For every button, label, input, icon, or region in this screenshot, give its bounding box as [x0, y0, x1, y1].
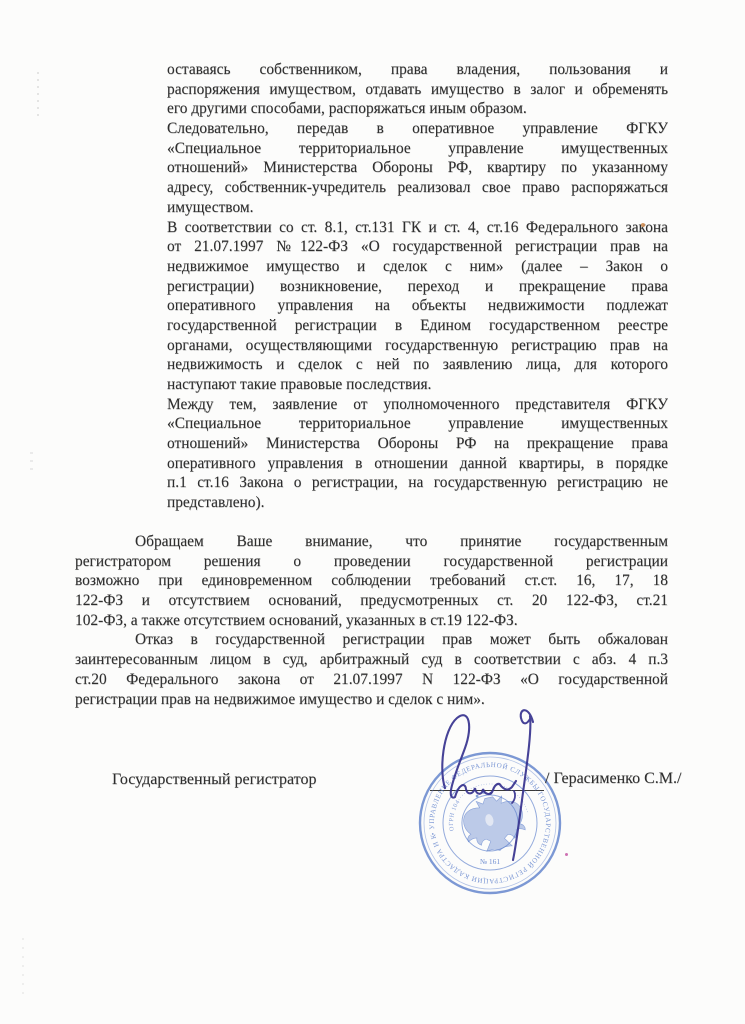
text-line: оставаясь собственником, права владения,…: [167, 60, 668, 80]
text-line: «Специальное территориальное управление …: [167, 139, 668, 159]
text-line: заинтересованным лицом в суд, арбитражны…: [75, 650, 668, 670]
text-line: недвижимость и сделок с ней по заявлению…: [167, 355, 668, 375]
text-line: регистратором решения о проведении госуд…: [75, 552, 668, 572]
text-line: Отказ в государственной регистрации прав…: [75, 630, 668, 650]
scan-artifact: [641, 223, 645, 227]
text-line: п.1 ст.16 Закона о регистрации, на госуд…: [167, 473, 668, 493]
text-line: оперативного управления на объекты недви…: [167, 296, 668, 316]
scan-artifact: [565, 853, 568, 856]
scan-artifact: [22, 938, 24, 994]
text-line: В соответствии со ст. 8.1, ст.131 ГК и с…: [167, 218, 668, 238]
handwritten-signature: [425, 700, 565, 875]
text-line: регистрации) возникновение, переход и пр…: [167, 277, 668, 297]
text-line: распоряжения имуществом, отдавать имущес…: [167, 80, 668, 100]
text-line: недвижимое имущество и сделок с ним» (да…: [167, 257, 668, 277]
text-line: наступают такие правовые последствия.: [167, 375, 668, 395]
text-line: государственной регистрации в Едином гос…: [167, 316, 668, 336]
text-line: отношений» Министерства Обороны РФ, квар…: [167, 158, 668, 178]
text-line: «Специальное территориальное управление …: [167, 414, 668, 434]
scan-artifact: [30, 452, 33, 474]
text-line: Следовательно, передав в оперативное упр…: [167, 119, 668, 139]
text-line: представлено).: [167, 493, 668, 513]
text-line: ст.20 Федерального закона от 21.07.1997 …: [75, 670, 668, 690]
registrar-name-text: / Герасименко С.М./: [545, 770, 681, 788]
text-line: оперативного управления в отношении данн…: [167, 454, 668, 474]
text-line: адресу, собственник-учредитель реализова…: [167, 178, 668, 198]
text-line: 122-ФЗ и отсутствием оснований, предусмо…: [75, 591, 668, 611]
scanned-document-page: оставаясь собственником, права владения,…: [0, 0, 745, 1024]
text-line: органами, осуществляющими государственну…: [167, 336, 668, 356]
text-line: отношений» Министерства Обороны РФ на пр…: [167, 434, 668, 454]
text-line: имуществом.: [167, 198, 668, 218]
text-line: его другими способами, распоряжаться ины…: [167, 99, 668, 119]
scan-artifact: [37, 72, 39, 118]
body-text-block: оставаясь собственником, права владения,…: [167, 60, 668, 513]
registrar-title-label: Государственный регистратор: [112, 771, 316, 789]
text-line: 102-ФЗ, а также отсутствием оснований, у…: [75, 611, 668, 631]
notice-text-block: Обращаем Ваше внимание, что принятие гос…: [75, 532, 668, 709]
text-line: возможно при единовременном соблюдении т…: [75, 571, 668, 591]
text-line: Обращаем Ваше внимание, что принятие гос…: [75, 532, 668, 552]
text-line: от 21.07.1997 №122-ФЗ «О государственной…: [167, 237, 668, 257]
text-line: регистрации прав на недвижимое имущество…: [75, 690, 668, 710]
text-line: Между тем, заявление от уполномоченного …: [167, 395, 668, 415]
